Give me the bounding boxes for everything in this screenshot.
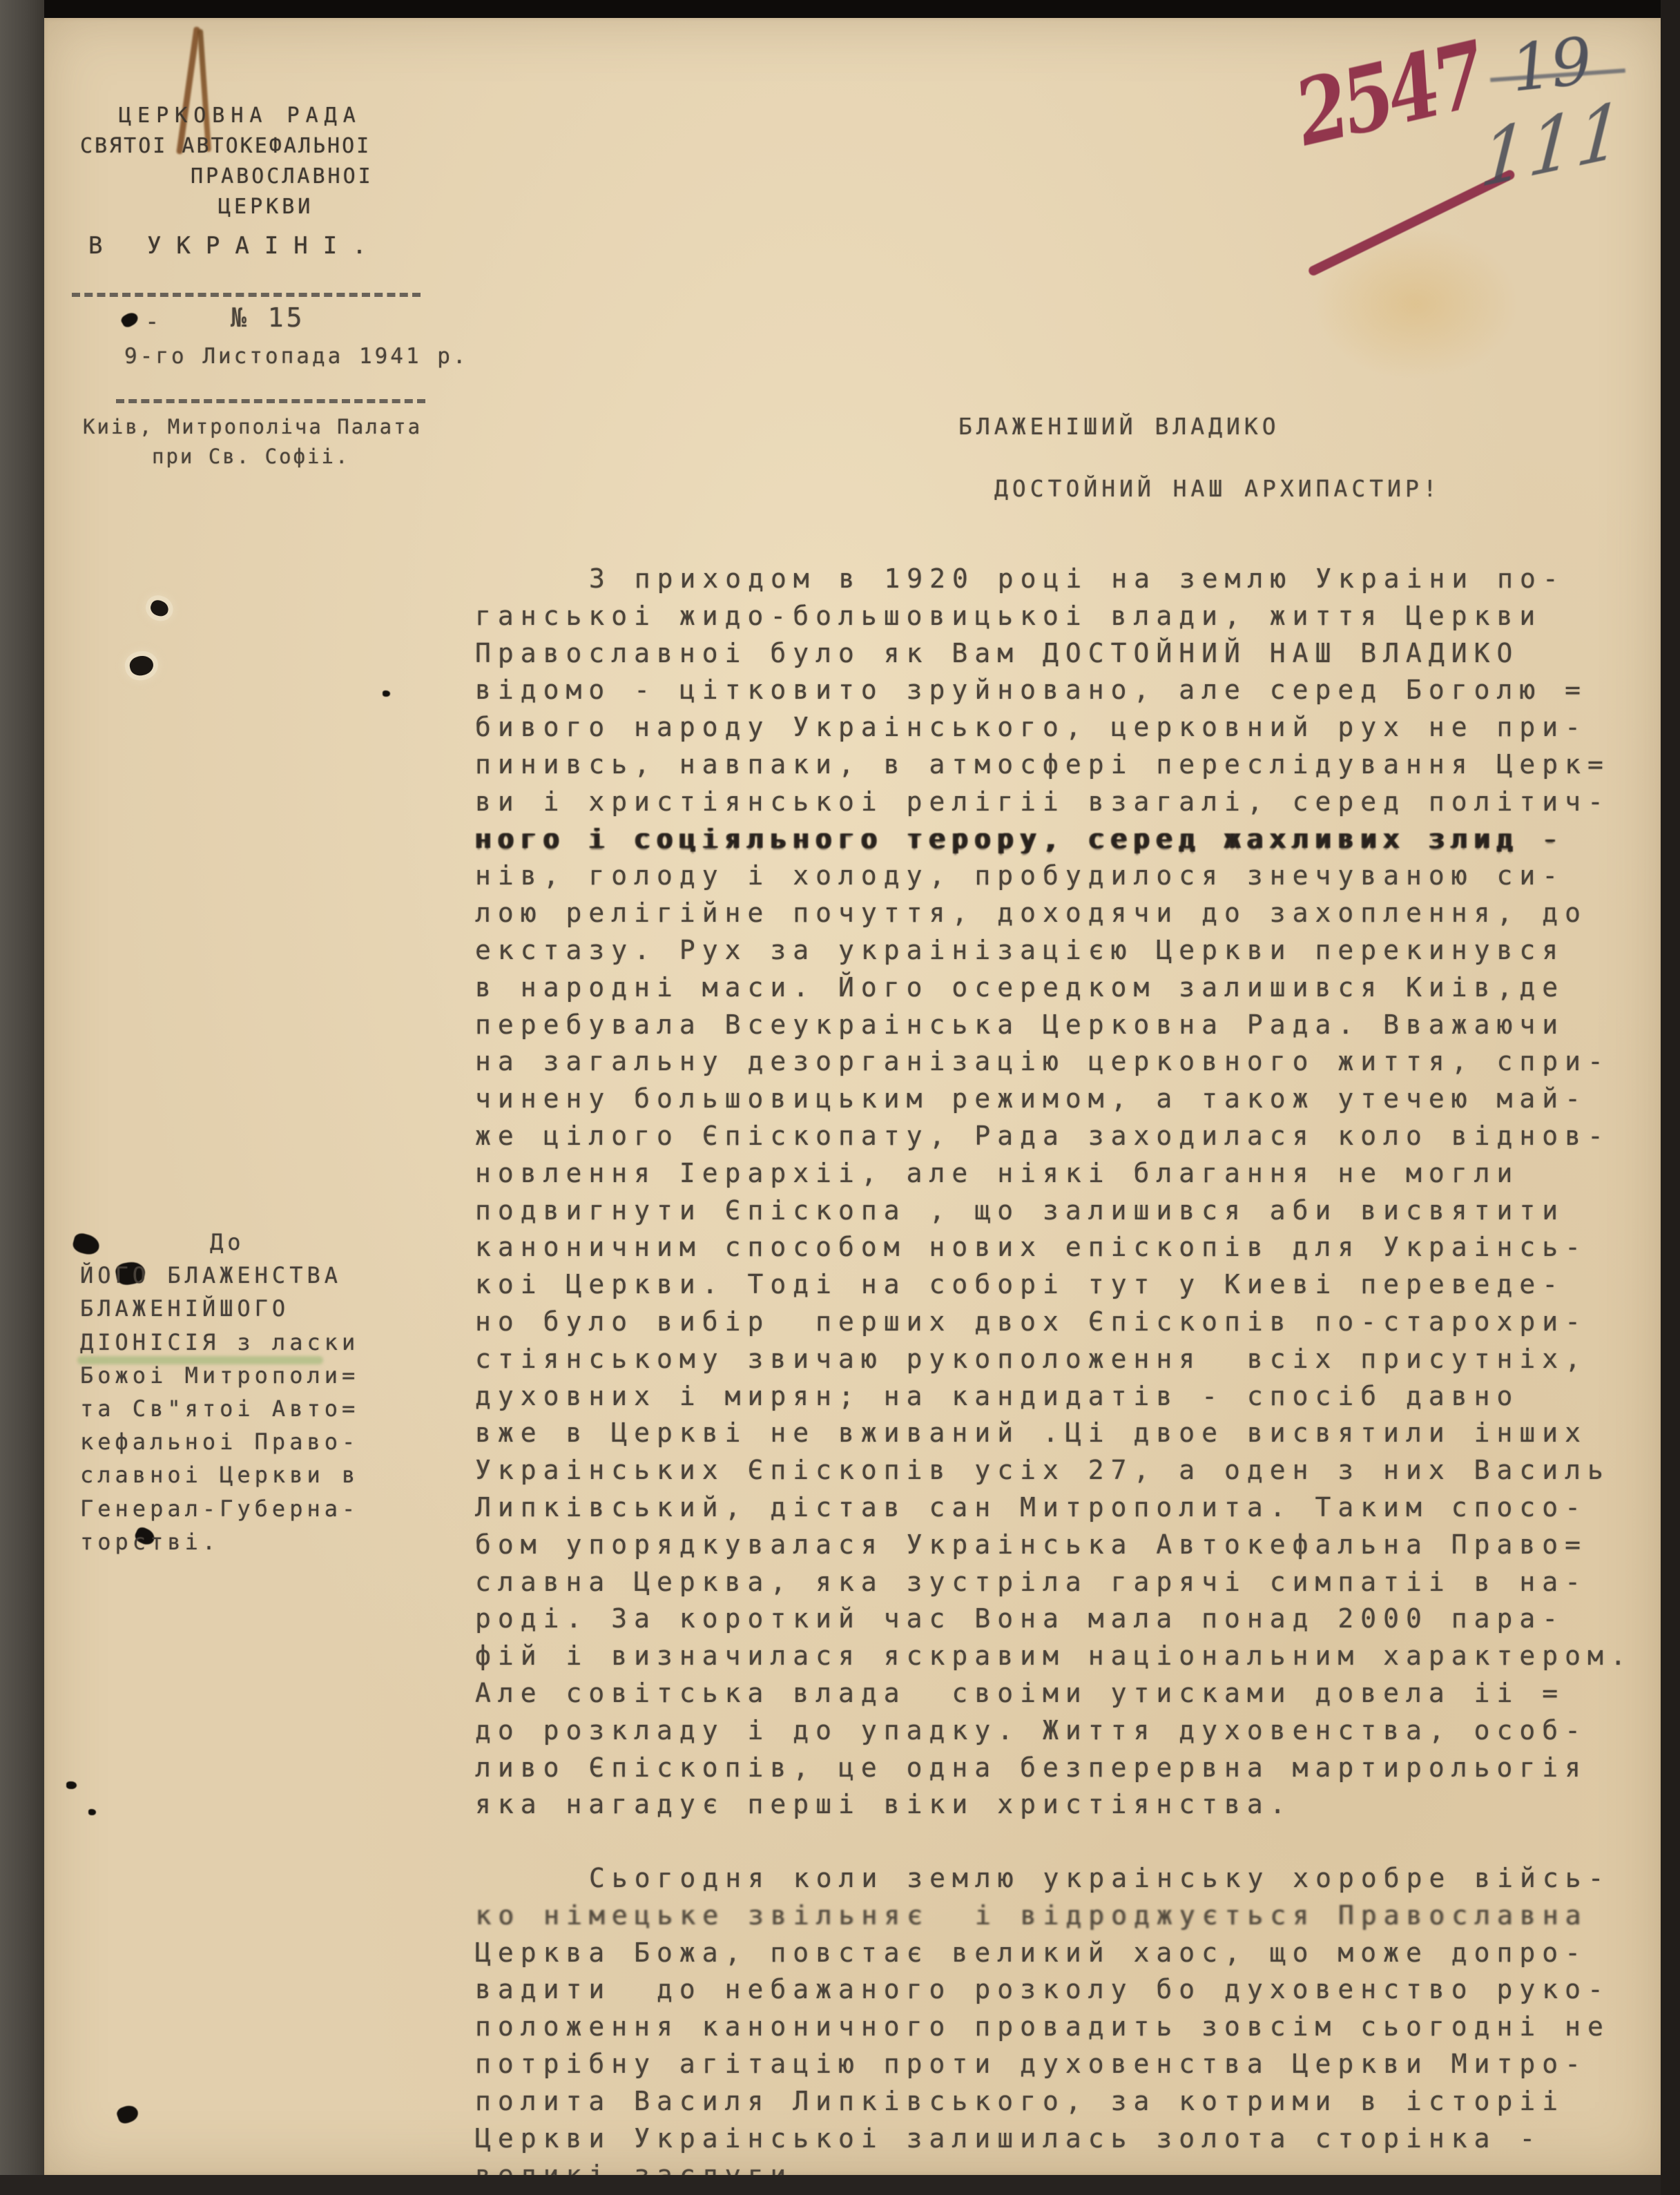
recipient-line: Генерал-Губерна- (80, 1496, 359, 1529)
body-line: Сьогодня коли землю украінську хоробре в… (475, 1863, 1677, 1900)
body-line: коі Церкви. Тоді на соборі тут у Киеві п… (475, 1269, 1677, 1306)
body-line: бом упорядкувалася Украінська Автокефаль… (475, 1529, 1677, 1567)
body-paragraph-2: Сьогодня коли землю украінську хоробре в… (475, 1863, 1677, 2195)
salutation-line: ДОСТОЙНИЙ НАШ АРХИПАСТИР! (994, 475, 1441, 502)
body-line: Липківський, дістав сан Митрополита. Так… (475, 1492, 1677, 1529)
body-line: екстазу. Рух за украінізацією Церкви пер… (475, 935, 1677, 972)
body-line: же цілого Єпіскопату, Рада заходилася ко… (475, 1121, 1677, 1158)
dashed-divider (116, 399, 425, 403)
body-line: фій і визначилася яскравим національним … (475, 1641, 1677, 1678)
body-line: положення каноничного провадить зовсім с… (475, 2011, 1677, 2049)
recipient-line: ЙОГО БЛАЖЕНСТВА (80, 1262, 359, 1295)
body-line: ного і соціяльного терору, серед жахливи… (475, 824, 1677, 861)
recipient-line: Божоі Митрополи= (80, 1362, 359, 1395)
letterhead-line: ЦЕРКОВНА РАДА (119, 104, 362, 128)
ink-speck (66, 1781, 77, 1789)
body-line: З приходом в 1920 році на землю Украіни … (475, 563, 1677, 601)
letterhead-line: СВЯТОІ АВТОКЕФАЛЬНОІ (80, 134, 371, 158)
recipient-line: До (80, 1229, 359, 1262)
letterhead-line: В УКРАІНІ. (88, 232, 382, 260)
document-scan: 2547 19 111 ЦЕРКОВНА РАДА СВЯТОІ АВТОКЕФ… (0, 0, 1680, 2195)
doc-number-dash: - (145, 308, 159, 336)
body-line: в народні маси. Його осередком залишився… (475, 972, 1677, 1009)
green-crayon-mark (77, 1356, 323, 1364)
body-line: ви і христіянськоі релігіі взагалі, сере… (475, 786, 1677, 824)
body-line: пинивсь, навпаки, в атмосфері переслідув… (475, 749, 1677, 786)
place-line: при Св. Софіі. (152, 445, 349, 468)
body-line: Православноі було як Вам ДОСТОЙНИЙ НАШ В… (475, 638, 1677, 675)
salutation-line: БЛАЖЕНІШИЙ ВЛАДИКО (958, 413, 1280, 440)
body-line: ганськоі жидо-большовицькоі влади, життя… (475, 601, 1677, 638)
body-line: славна Церква, яка зустріла гарячі симпа… (475, 1567, 1677, 1604)
recipient-line: кефальноі Право- (80, 1429, 359, 1462)
letterhead-line: ЦЕРКВИ (218, 195, 313, 219)
body-line: каноничним способом нових епіскопів для … (475, 1232, 1677, 1269)
body-line: Церква Божа, повстає великий хаос, що мо… (475, 1937, 1677, 1975)
dashed-divider (72, 293, 421, 297)
recipient-line: славноі Церкви в (80, 1462, 359, 1495)
place-line: Киів, Митрополіча Палата (83, 415, 422, 438)
body-line: потрібну агітацію проти духовенства Церк… (475, 2049, 1677, 2086)
body-line: яка нагадує перші віки христіянства. (475, 1789, 1677, 1826)
ink-speck (383, 690, 390, 697)
body-line: вже в Церкві не вживаний .Ці двое висвят… (475, 1418, 1677, 1455)
body-line: Але совітська влада своіми утисками дове… (475, 1678, 1677, 1715)
body-line: нів, голоду і холоду, пробудилося знечув… (475, 860, 1677, 898)
body-line: ко німецьке звільняє і відроджується Пра… (475, 1900, 1677, 1937)
body-line: вадити до небажаного розколу бо духовенс… (475, 1974, 1677, 2011)
body-line: Церкви Украінськоі залишилась золота сто… (475, 2123, 1677, 2160)
scan-border-top (0, 0, 1680, 18)
doc-number: № 15 (231, 302, 305, 333)
doc-date: 9-го Листопада 1941 р. (124, 344, 469, 369)
body-paragraph-1: З приходом в 1920 році на землю Украіни … (475, 563, 1677, 1826)
body-line: духовних і мирян; на кандидатів - спосіб… (475, 1381, 1677, 1418)
body-line: полита Василя Липківського, за котрими в… (475, 2086, 1677, 2123)
body-line: роді. За короткий час Вона мала понад 20… (475, 1603, 1677, 1641)
body-line: подвигнути Єпіскопа , що залишився аби в… (475, 1195, 1677, 1232)
body-line: бивого народу Украінського, церковний ру… (475, 712, 1677, 749)
recipient-line: торстві. (80, 1529, 359, 1562)
body-line: стіянському звичаю рукоположення всіх пр… (475, 1344, 1677, 1381)
body-line: ливо Єпіскопів, це одна безперервна март… (475, 1752, 1677, 1790)
body-line: но було вибір перших двох Єпіскопів по-с… (475, 1306, 1677, 1344)
body-line: новлення Іерархіі, але ніякі благання не… (475, 1158, 1677, 1195)
recipient-block: ДоЙОГО БЛАЖЕНСТВАБЛАЖЕНІЙШОГОДІОНІСІЯ з … (80, 1229, 359, 1562)
body-line: до розкладу і до упадку. Життя духовенст… (475, 1715, 1677, 1752)
body-line: Украінських Єпіскопів усіх 27, а оден з … (475, 1455, 1677, 1492)
body-line: чинену большовицьким режимом, а також ут… (475, 1083, 1677, 1121)
scan-border-right (1661, 0, 1680, 2195)
body-line: перебувала Всеукраінська Церковна Рада. … (475, 1009, 1677, 1047)
scan-border-left (0, 0, 44, 2195)
scan-border-bottom (0, 2175, 1680, 2195)
letterhead-line: ПРАВОСЛАВНОІ (191, 164, 374, 188)
recipient-line: та Св"ятоі Авто= (80, 1395, 359, 1429)
body-line: лою релігійне почуття, доходячи до захоп… (475, 898, 1677, 935)
ink-speck (88, 1809, 96, 1815)
body-line: відомо - цітковито зруйновано, але серед… (475, 675, 1677, 712)
recipient-line: БЛАЖЕНІЙШОГО (80, 1295, 359, 1328)
body-line: на загальну дезорганізацію церковного жи… (475, 1046, 1677, 1083)
